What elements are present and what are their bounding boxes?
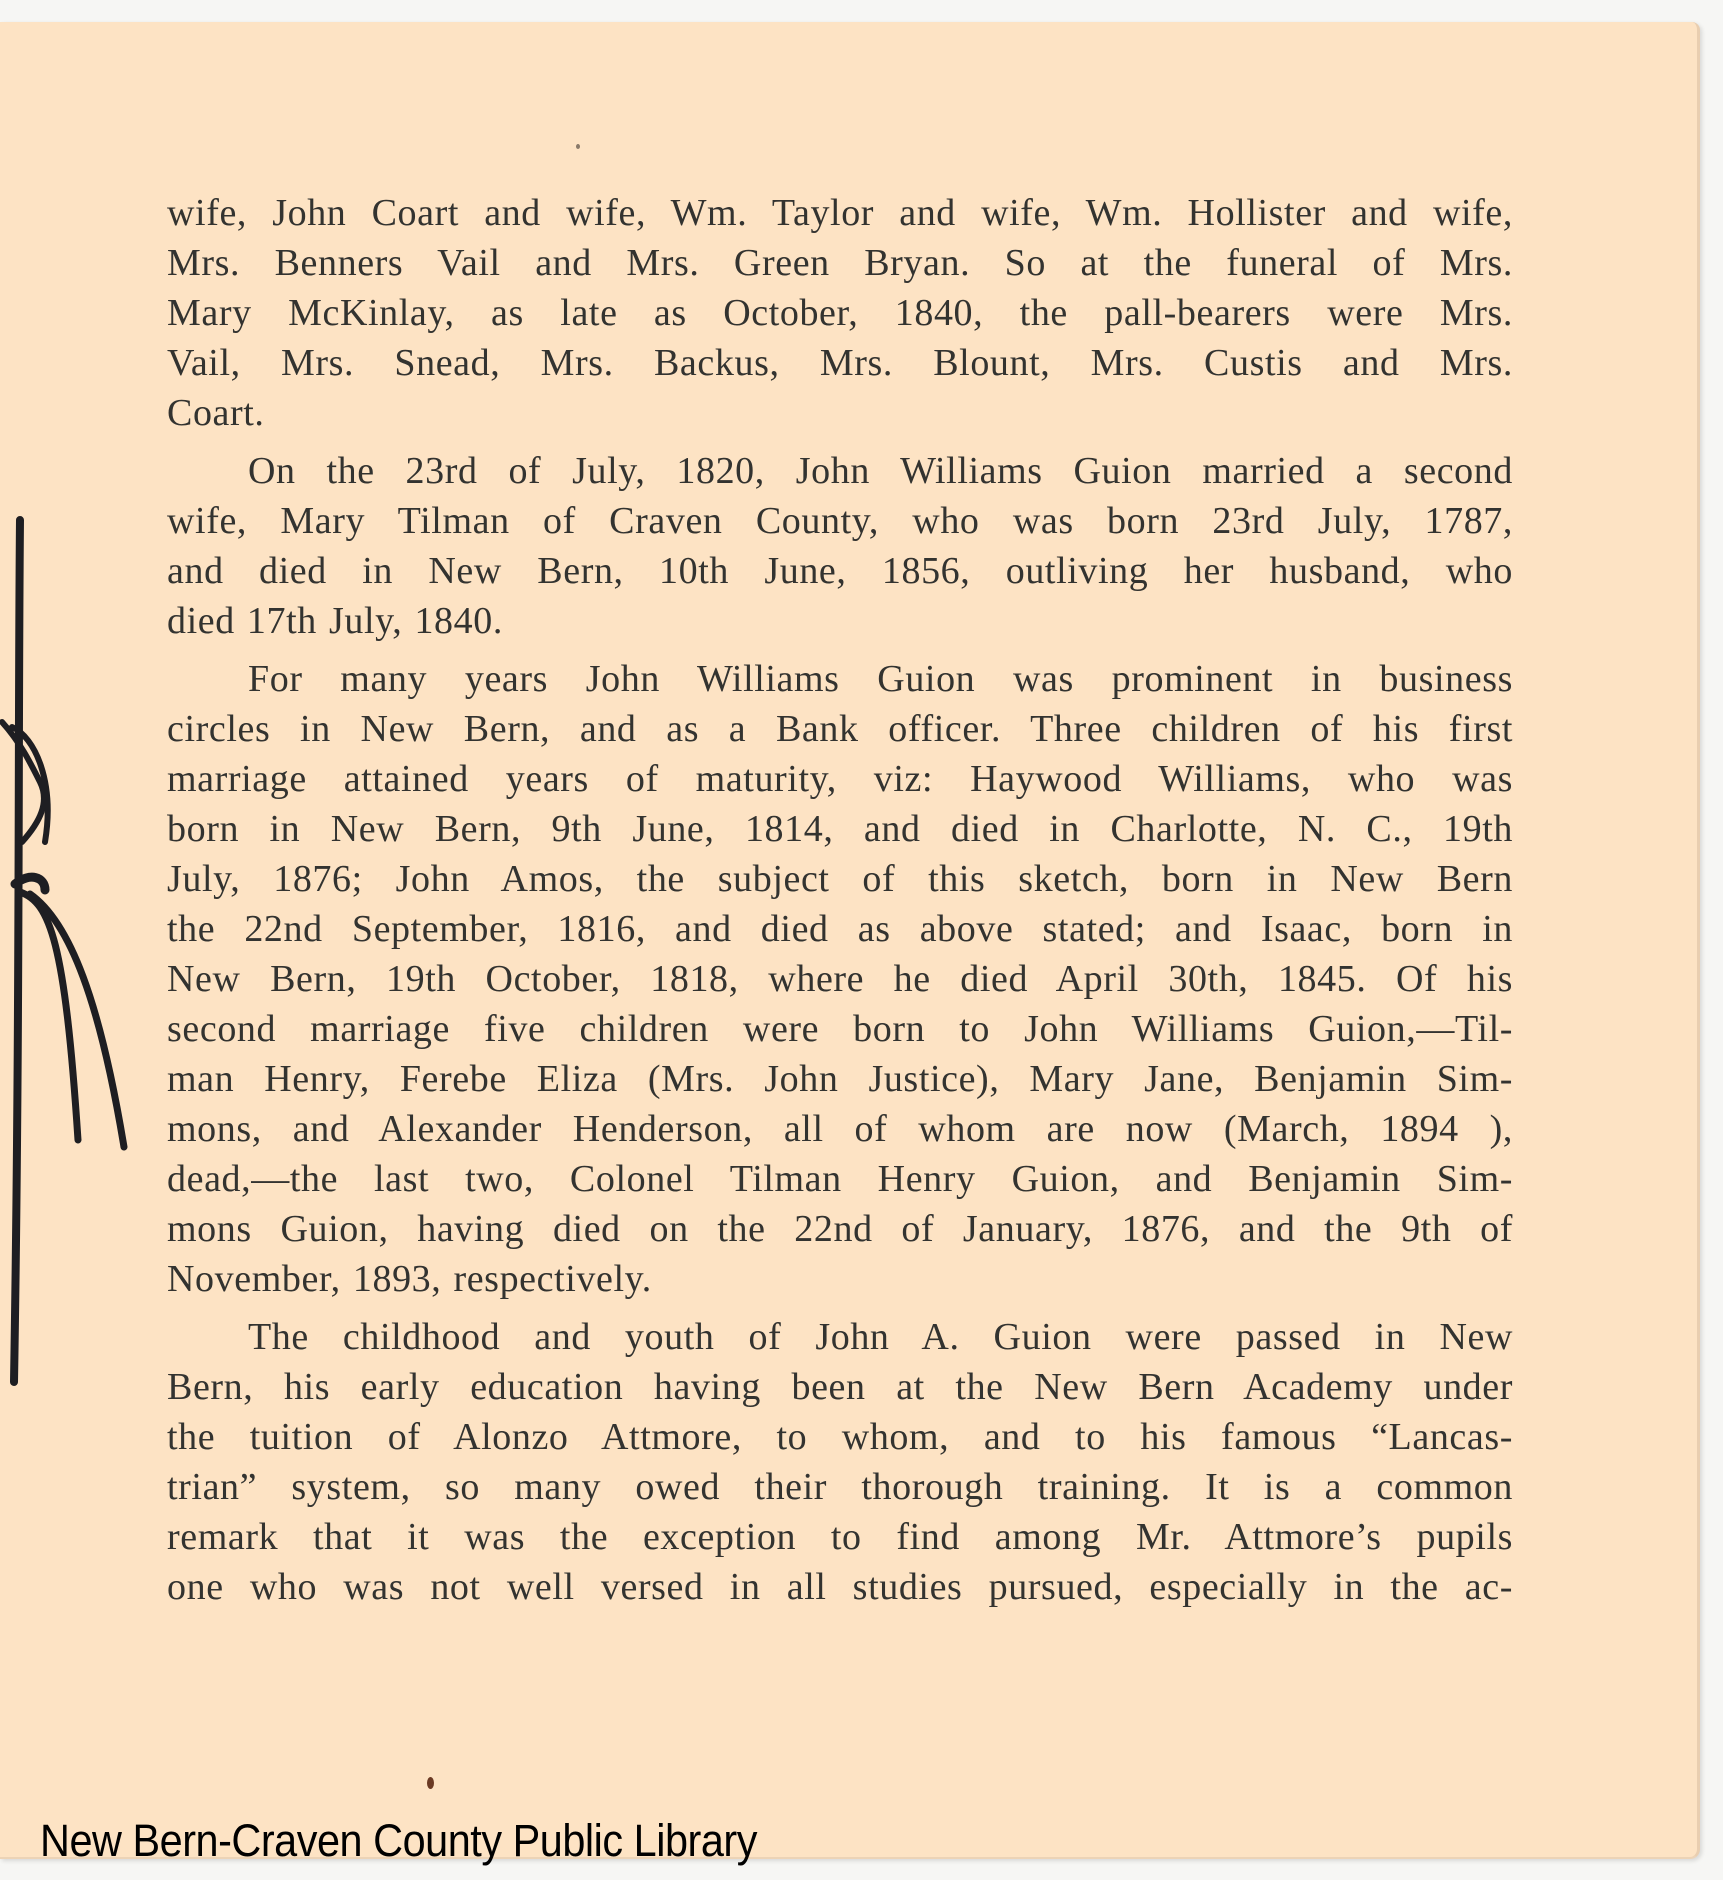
text-line: Coart. bbox=[167, 388, 1513, 438]
text-line: wife, John Coart and wife, Wm. Taylor an… bbox=[167, 188, 1513, 238]
text-line: born in New Bern, 9th June, 1814, and di… bbox=[167, 804, 1513, 854]
text-line: man Henry, Ferebe Eliza (Mrs. John Justi… bbox=[167, 1054, 1513, 1104]
library-watermark-label: New Bern-Craven County Public Library bbox=[40, 1815, 757, 1867]
text-line: July, 1876; John Amos, the subject of th… bbox=[167, 854, 1513, 904]
paper-speck bbox=[576, 144, 580, 149]
text-line: second marriage five children were born … bbox=[167, 1004, 1513, 1054]
paper-speck bbox=[427, 1777, 434, 1789]
text-line: trian” system, so many owed their thorou… bbox=[167, 1462, 1513, 1512]
paragraph-2: On the 23rd of July, 1820, John Williams… bbox=[167, 446, 1513, 646]
text-line: Mary McKinlay, as late as October, 1840,… bbox=[167, 288, 1513, 338]
binding-cord-icon bbox=[0, 22, 140, 1442]
text-line: circles in New Bern, and as a Bank offic… bbox=[167, 704, 1513, 754]
text-line: dead,—the last two, Colonel Tilman Henry… bbox=[167, 1154, 1513, 1204]
paragraph-3: For many years John Williams Guion was p… bbox=[167, 654, 1513, 1304]
text-line: marriage attained years of maturity, viz… bbox=[167, 754, 1513, 804]
text-line: November, 1893, respectively. bbox=[167, 1254, 1513, 1304]
body-text: wife, John Coart and wife, Wm. Taylor an… bbox=[167, 188, 1513, 1620]
text-line: mons, and Alexander Henderson, all of wh… bbox=[167, 1104, 1513, 1154]
text-line: the tuition of Alonzo Attmore, to whom, … bbox=[167, 1412, 1513, 1462]
text-line: For many years John Williams Guion was p… bbox=[167, 654, 1513, 704]
scanned-page: wife, John Coart and wife, Wm. Taylor an… bbox=[0, 22, 1700, 1859]
text-line: wife, Mary Tilman of Craven County, who … bbox=[167, 496, 1513, 546]
text-line: The childhood and youth of John A. Guion… bbox=[167, 1312, 1513, 1362]
paragraph-4: The childhood and youth of John A. Guion… bbox=[167, 1312, 1513, 1612]
text-line: On the 23rd of July, 1820, John Williams… bbox=[167, 446, 1513, 496]
text-line: remark that it was the exception to find… bbox=[167, 1512, 1513, 1562]
paragraph-1: wife, John Coart and wife, Wm. Taylor an… bbox=[167, 188, 1513, 438]
text-line: one who was not well versed in all studi… bbox=[167, 1562, 1513, 1612]
text-line: Mrs. Benners Vail and Mrs. Green Bryan. … bbox=[167, 238, 1513, 288]
text-line: Vail, Mrs. Snead, Mrs. Backus, Mrs. Blou… bbox=[167, 338, 1513, 388]
text-line: mons Guion, having died on the 22nd of J… bbox=[167, 1204, 1513, 1254]
text-line: the 22nd September, 1816, and died as ab… bbox=[167, 904, 1513, 954]
text-line: New Bern, 19th October, 1818, where he d… bbox=[167, 954, 1513, 1004]
text-line: Bern, his early education having been at… bbox=[167, 1362, 1513, 1412]
text-line: and died in New Bern, 10th June, 1856, o… bbox=[167, 546, 1513, 596]
text-line: died 17th July, 1840. bbox=[167, 596, 1513, 646]
